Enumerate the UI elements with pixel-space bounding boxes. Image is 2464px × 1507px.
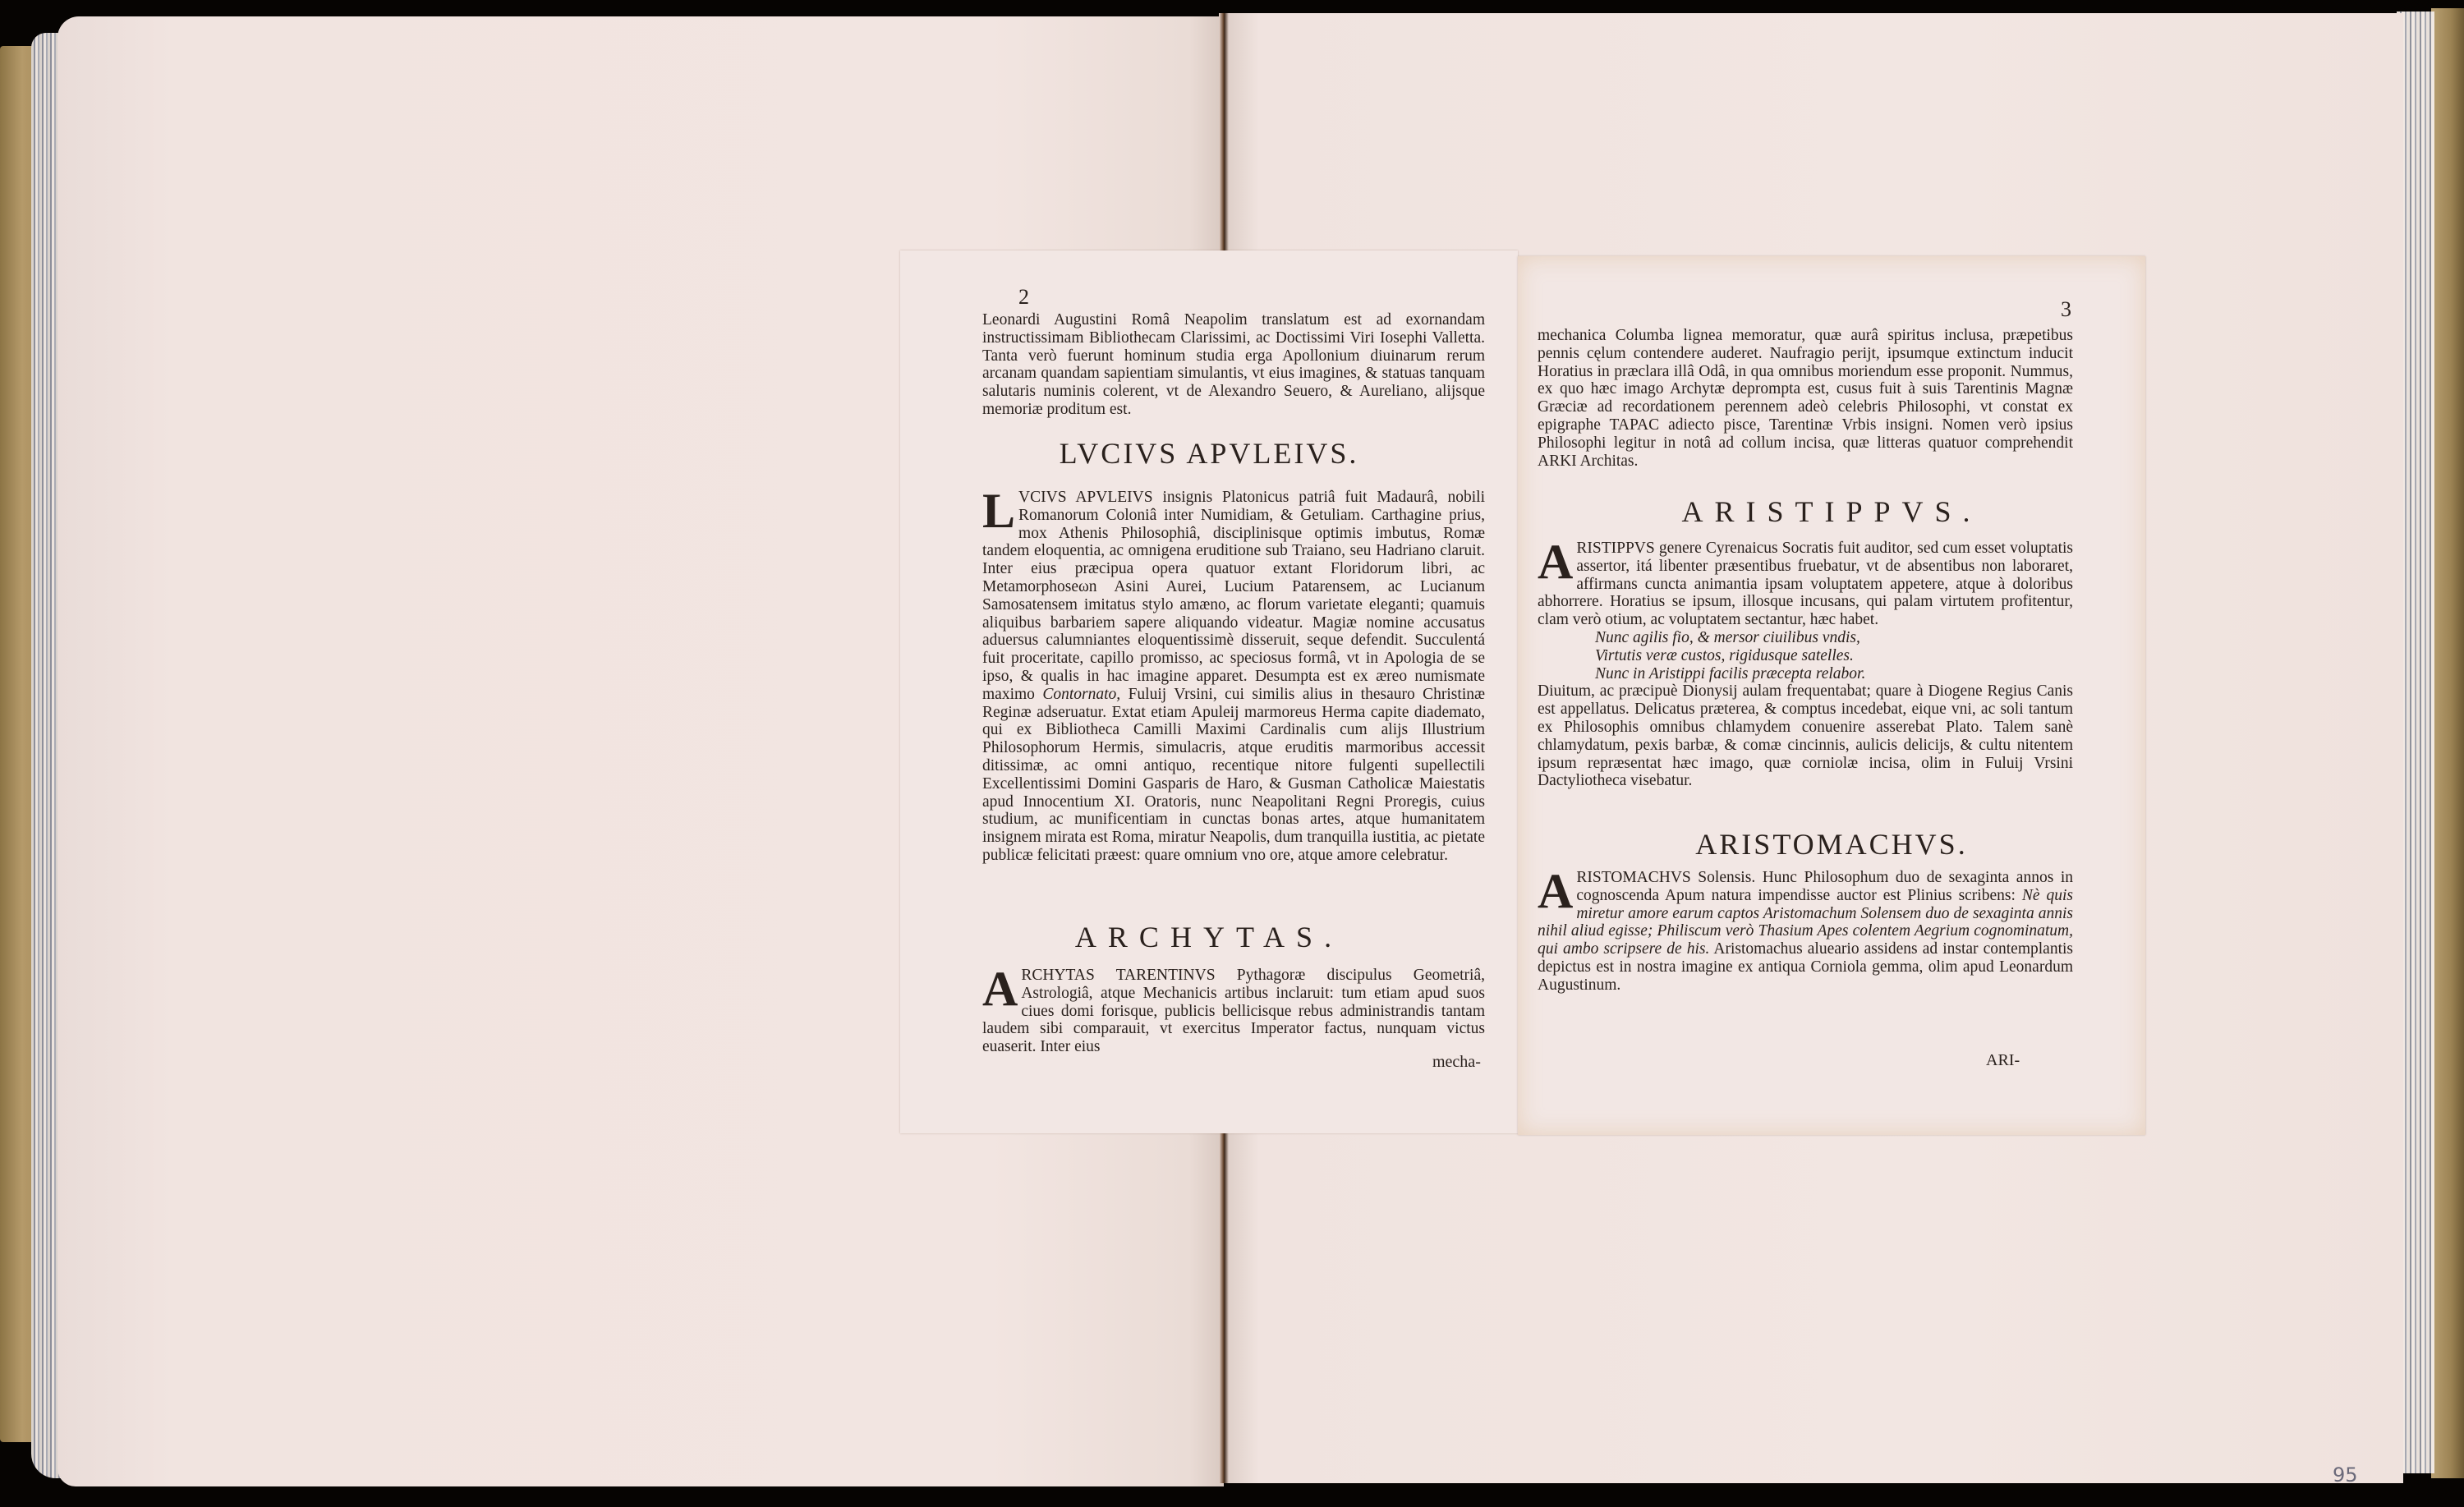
book-cover-right: [2431, 8, 2464, 1478]
pencil-folio-number: 95: [2333, 1463, 2358, 1486]
section-body-apuleius: LVCIVS APVLEIVS insignis Platonicus patr…: [982, 489, 1485, 865]
catchword: ARI-: [1986, 1051, 2020, 1070]
lead-words: VCIVS APVLEIVS: [1018, 489, 1153, 506]
lead-words: RISTOMACHVS: [1576, 869, 1690, 886]
drop-cap: A: [1538, 543, 1573, 581]
verse-line: Nunc agilis fio, & mersor ciuilibus vndi…: [1538, 629, 2073, 647]
section-heading-apuleius: LVCIVS APVLEIVS.: [900, 436, 1518, 471]
verse-line: Nunc in Aristippi facilis præcepta relab…: [1538, 665, 2073, 683]
verse-line: Virtutis veræ custos, rigidusque satelle…: [1538, 647, 2073, 665]
printed-page-3: 3 mechanica Columba lignea memoratur, qu…: [1518, 256, 2145, 1135]
page-number: 2: [1018, 285, 1029, 310]
printed-page-2: 2 Leonardi Augustini Româ Neapolim trans…: [900, 250, 1518, 1133]
drop-cap: A: [1538, 872, 1573, 910]
drop-cap: L: [982, 492, 1015, 530]
catchword: mecha-: [1432, 1053, 1481, 1072]
lead-words: RCHYTAS TARENTINVS: [1021, 967, 1215, 984]
lead-words: RISTIPPVS: [1576, 540, 1654, 557]
continuation-paragraph: mechanica Columba lignea memoratur, quæ …: [1538, 327, 2073, 470]
drop-cap: A: [982, 970, 1018, 1008]
section-heading-aristomachus: ARISTOMACHVS.: [1518, 827, 2145, 861]
section-body-aristippus: ARISTIPPVS genere Cyrenaicus Socratis fu…: [1538, 540, 2073, 790]
section-heading-archytas: ARCHYTAS.: [900, 920, 1518, 954]
section-heading-aristippus: ARISTIPPVS.: [1518, 494, 2145, 529]
page-number: 3: [2061, 297, 2071, 322]
continuation-paragraph: Leonardi Augustini Româ Neapolim transla…: [982, 311, 1485, 419]
section-body-aristomachus: ARISTOMACHVS Solensis. Hunc Philosophum …: [1538, 869, 2073, 995]
section-body-archytas: ARCHYTAS TARENTINVS Pythagoræ discipulus…: [982, 967, 1485, 1056]
